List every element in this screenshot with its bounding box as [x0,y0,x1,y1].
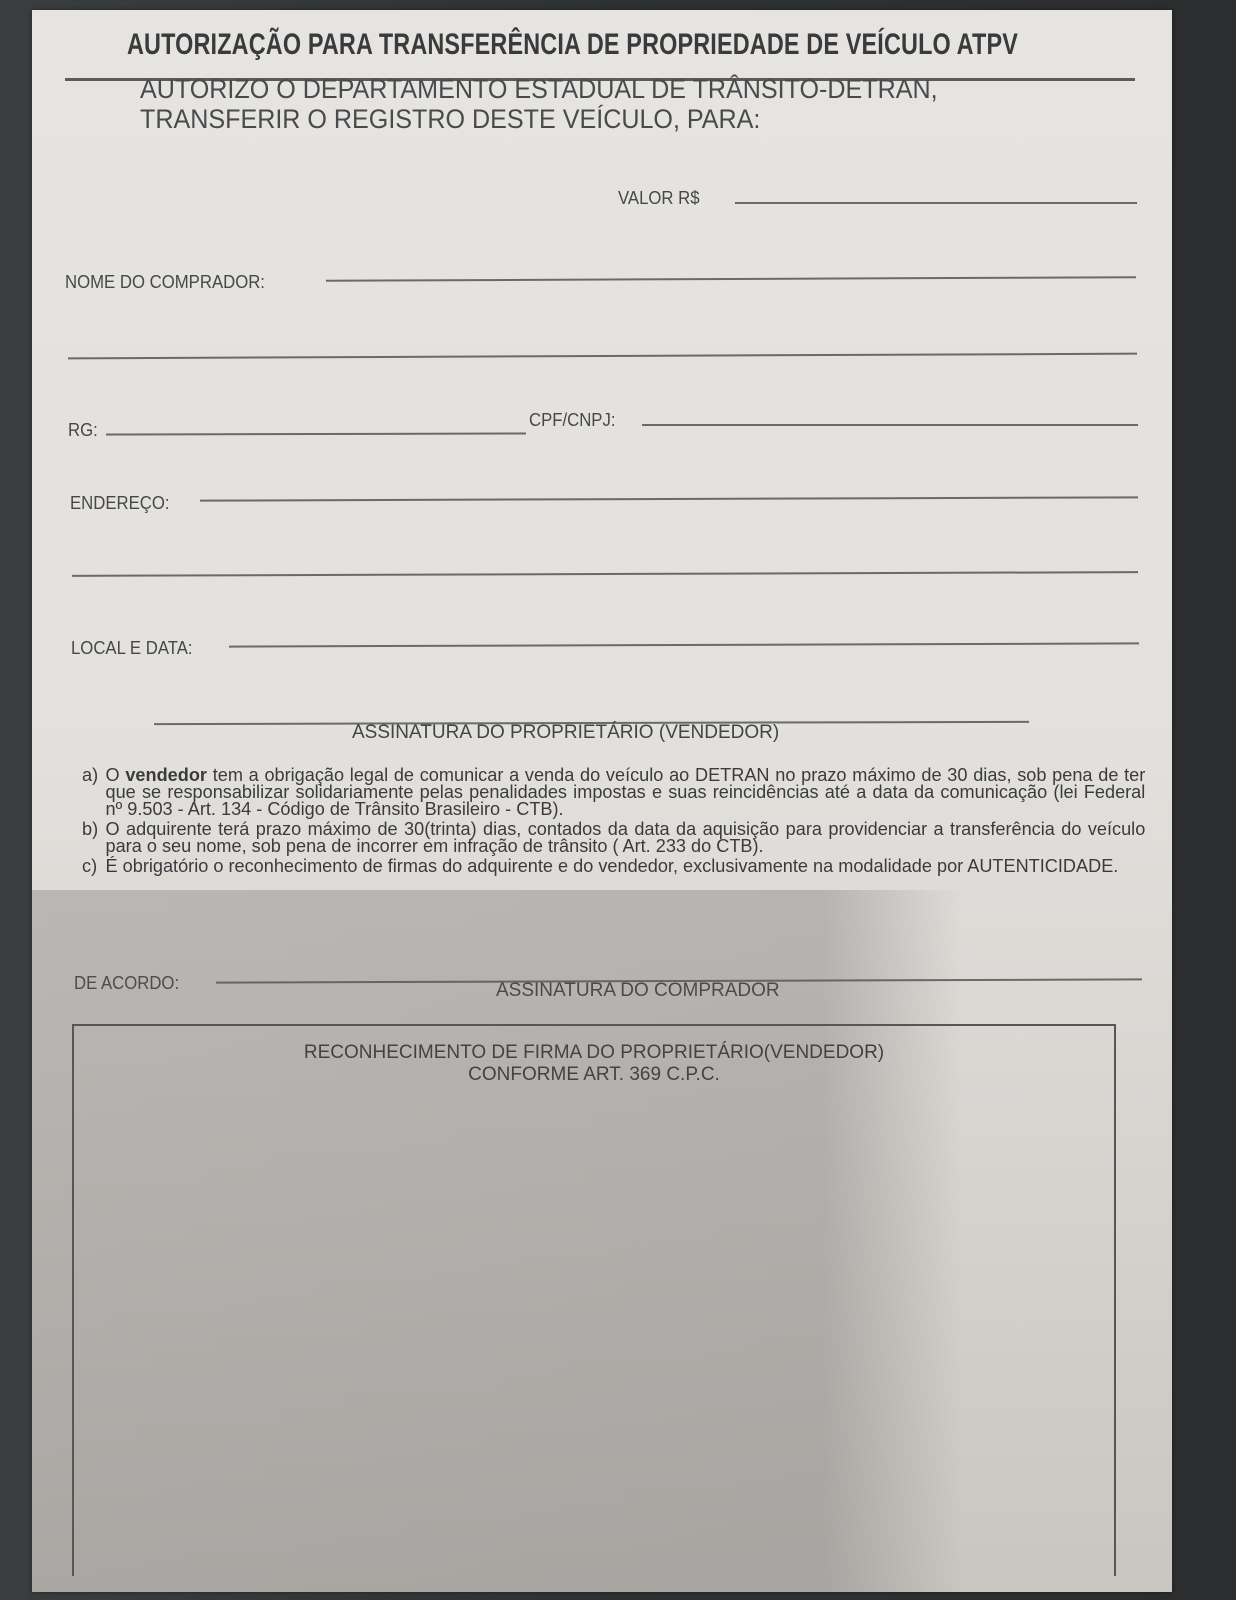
place-date-label: LOCAL E DATA: [71,638,193,659]
buyer-signature-caption: ASSINATURA DO COMPRADOR [496,980,780,1002]
cpf-cnpj-label: CPF/CNPJ: [529,410,616,431]
rg-field[interactable] [106,432,526,435]
buyer-name-label: NOME DO COMPRADOR: [65,272,265,293]
authorization-statement: AUTORIZO O DEPARTAMENTO ESTADUAL DE TRÂN… [140,74,938,134]
legal-terms: a) O vendedor tem a obrigação legal de c… [82,766,1167,877]
valor-field[interactable] [735,202,1137,204]
notary-recognition-box: RECONHECIMENTO DE FIRMA DO PROPRIETÁRIO(… [72,1024,1116,1576]
place-date-field[interactable] [229,642,1139,647]
term-c: c) É obrigatório o reconhecimento de fir… [82,857,1145,874]
cpf-cnpj-field[interactable] [642,424,1138,426]
buyer-name-field-line-2[interactable] [68,353,1137,360]
address-field[interactable] [200,496,1138,501]
rg-label: RG: [68,420,98,441]
address-label: ENDEREÇO: [70,493,170,514]
de-acordo-label: DE ACORDO: [74,973,179,994]
valor-label: VALOR R$ [618,188,700,209]
form-title: AUTORIZAÇÃO PARA TRANSFERÊNCIA DE PROPRI… [127,28,1018,62]
term-b: b) O adquirente terá prazo máximo de 30(… [82,820,1145,854]
buyer-name-field[interactable] [326,276,1136,282]
authorization-line-2: TRANSFERIR O REGISTRO DESTE VEÍCULO, PAR… [140,104,938,134]
atpv-form-paper: AUTORIZAÇÃO PARA TRANSFERÊNCIA DE PROPRI… [32,10,1172,1592]
address-field-line-2[interactable] [72,571,1138,577]
seller-signature-caption: ASSINATURA DO PROPRIETÁRIO (VENDEDOR) [352,722,779,744]
term-a: a) O vendedor tem a obrigação legal de c… [82,766,1145,817]
authorization-line-1: AUTORIZO O DEPARTAMENTO ESTADUAL DE TRÂN… [140,74,938,104]
notary-box-title: RECONHECIMENTO DE FIRMA DO PROPRIETÁRIO(… [74,1042,1114,1086]
